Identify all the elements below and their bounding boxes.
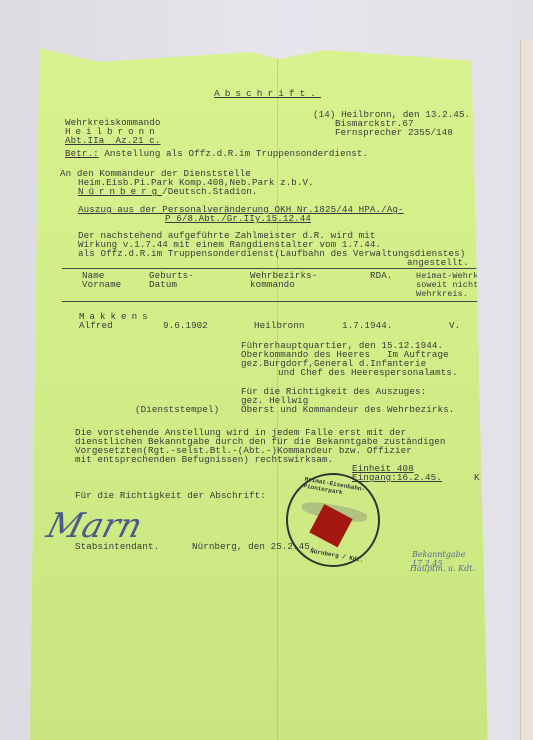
handwritten-signature: Marn <box>43 506 147 546</box>
document-page: Abschrift. Wehrkreiskommando Heilbronn A… <box>30 48 490 740</box>
handwritten-note-line-2: Hauptm. u. Kdt. <box>410 564 475 573</box>
certification-line-3: Oberst und Kommandeur des Wehrbezirks. <box>241 405 454 415</box>
cell-home-district: V. <box>449 321 460 331</box>
sender-line-3: Abt.IIa Az.21 c. <box>65 136 160 146</box>
cell-district: Heilbronn <box>254 321 305 331</box>
signatory-title: Stabsintendant. <box>75 542 159 552</box>
table-header-rule <box>62 301 480 302</box>
adjacent-sheet <box>520 40 533 740</box>
intro-line-4: angestellt. <box>407 258 469 268</box>
document-title: Abschrift. <box>214 89 321 99</box>
stamp-note: (Dienststempel) <box>135 405 219 415</box>
subject-label: Betr.: <box>65 148 99 159</box>
header-district-2: kommando <box>250 280 295 290</box>
copy-certification: Für die Richtigkeit der Abschrift: <box>75 491 266 501</box>
subject-text: Anstellung als Offz.d.R.im Truppensonder… <box>104 148 368 159</box>
stamp-bottom-text: Nürnberg / Kdt. <box>310 548 364 564</box>
subject: Betr.: Anstellung als Offz.d.R.im Truppe… <box>65 149 368 159</box>
receipt-mark: K. <box>474 473 485 483</box>
issuer-line-4: und Chef des Heerespersonalamts. <box>278 368 458 378</box>
cell-rda: 1.7.1944. <box>342 321 393 331</box>
header-birth-date: Datum <box>149 280 177 290</box>
notice-line-4: mit entsprechenden Befugnissen) rechtswi… <box>75 455 333 465</box>
cell-first-name: Alfred <box>79 321 113 331</box>
header-first-name: Vorname <box>82 280 121 290</box>
table-top-rule <box>62 268 480 269</box>
receipt-date: Eingang:16.2.45. <box>352 473 442 483</box>
header-rda: RDA. <box>370 271 392 281</box>
place-date-line-3: Fernsprecher 2355/148 <box>335 128 453 138</box>
header-home-district-3: Wehrkreis. <box>416 289 468 299</box>
recipient-city: Nürnberg <box>78 186 162 197</box>
recipient-location: /Deutsch.Stadion. <box>162 186 257 197</box>
cell-birth-date: 9.6.1902 <box>163 321 208 331</box>
recipient-line-3: Nürnberg/Deutsch.Stadion. <box>78 187 258 197</box>
extract-heading-line-2: P 6/8.Abt./Gr.IIy.15.12.44 <box>165 214 311 224</box>
